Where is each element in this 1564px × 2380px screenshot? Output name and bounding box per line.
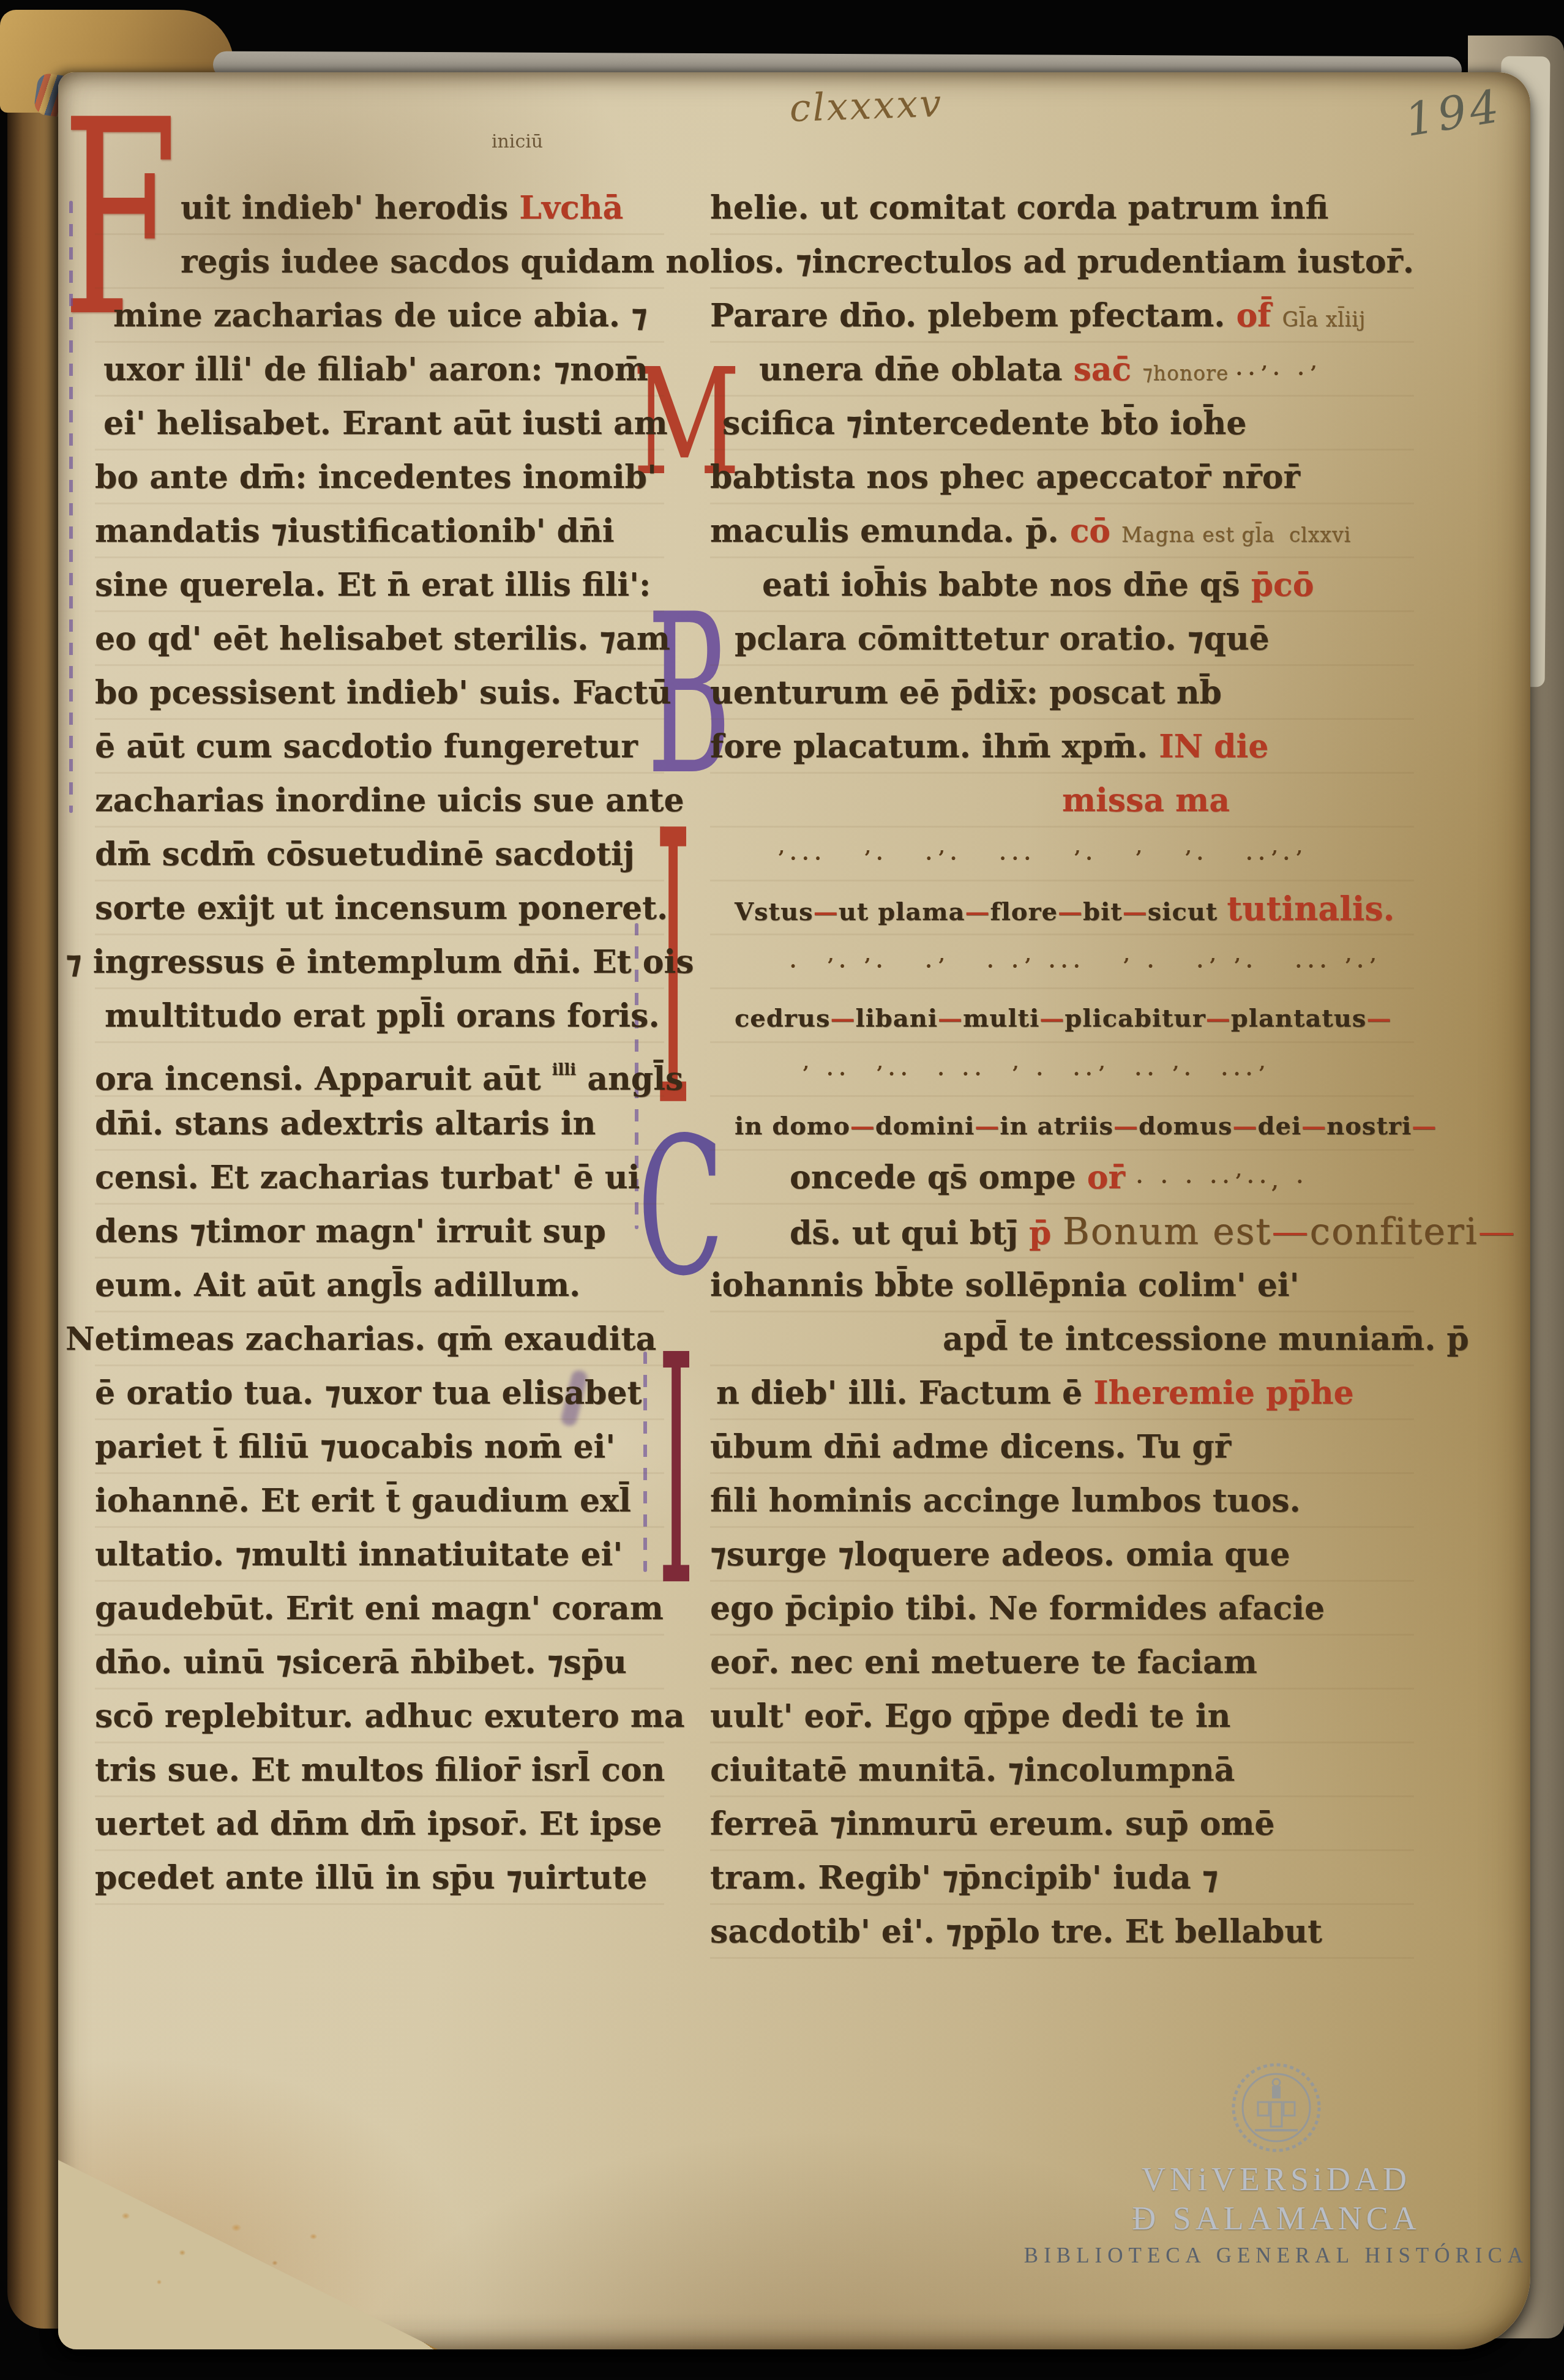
text-line: scō replebitur. adhuc exutero ma	[95, 1690, 664, 1743]
text-line: ei' helisabet. Erant aūt iusti am	[103, 397, 664, 451]
manuscript-photo: clxxxxv 194 iniciū F M B I C I uit indie…	[0, 0, 1564, 2380]
text-line: cedrus—libani—multi—plicabitur—plantatus…	[735, 989, 1414, 1043]
text-line: ē aūt cum sacdotio fungeretur	[95, 720, 664, 774]
text-line: mine zacharias de uice abia. ⁊	[113, 289, 664, 343]
text-line: uult' eor̄. Ego qp̄pe dedi te in	[710, 1690, 1414, 1743]
text-line: pariet t̄ filiū ⁊uocabis nom̄ ei'	[95, 1420, 664, 1474]
text-line: n dieb' illi. Factum ē Iheremie pp̄he	[716, 1366, 1414, 1420]
text-line: sine querela. Et n̄ erat illis fili':	[95, 558, 664, 612]
pen-flourish	[69, 201, 73, 813]
text-line: regis iudee sacdos quidam no	[181, 235, 664, 289]
text-line: Parare dn̄o. plebem pfectam. of̄ Gl̄a xl…	[710, 289, 1414, 343]
text-line: tram. Regib' ⁊p̄ncipib' iuda ⁊	[710, 1851, 1414, 1905]
text-line: in domo—domini—in atriis—domus—dei—nostr…	[735, 1097, 1414, 1151]
text-line: uertet ad dn̄m dm̄ ipsor̄. Et ipse	[95, 1797, 664, 1851]
text-line: ūbum dn̄i adme dicens. Tu gr̄	[710, 1420, 1414, 1474]
text-line: uenturum eē p̄dix̄: poscat nb̄	[710, 666, 1414, 720]
text-line: ultatio. ⁊multi innatiuitate ei'	[95, 1528, 664, 1582]
text-line: pclara cōmittetur oratio. ⁊quē	[735, 612, 1414, 666]
text-line: oncede qs̄ ompe or̄ · · · ··ʼ··, ·	[790, 1151, 1414, 1205]
text-line: sorte exijt ut incensum poneret.	[95, 881, 664, 935]
text-line: multitudo erat ppl̄i orans foris.	[105, 989, 664, 1043]
text-line: missa ma	[1062, 774, 1414, 828]
text-line: iohannis bb̄te sollēpnia colim' ei'	[710, 1259, 1414, 1312]
text-line: dm̄ scdm̄ cōsuetudinē sacdotij	[95, 828, 664, 881]
text-line: eor̄. nec eni metuere te faciam	[710, 1636, 1414, 1690]
text-line: iohannē. Et erit t̄ gaudium exl̄	[95, 1474, 664, 1528]
right-text-column: helie. ut comitat corda patrum infilios.…	[710, 181, 1414, 1959]
quire-mark: clxxxxv	[725, 78, 1008, 133]
text-line: scifica ⁊intercedente bt̄o ioh̄e	[722, 397, 1414, 451]
stamp-university-name: VNiVERSiDAD	[1013, 2160, 1540, 2198]
text-line: · ʼ· ʼ· ·ʼ · ·ʼ ··· ʼ · ·ʼ ʼ· ··· ʼ·ʼ	[790, 935, 1414, 989]
text-line: ego p̄cipio tibi. Ne formides afacie	[710, 1582, 1414, 1636]
stamp-university-name-2: Ð SALAMANCA	[1013, 2199, 1540, 2237]
text-line: ⁊ ingressus ē intemplum dn̄i. Et ois	[65, 935, 664, 989]
text-line: fili hominis accinge lumbos tuos.	[710, 1474, 1414, 1528]
fold-stain-speckles	[95, 2172, 352, 2319]
text-line: helie. ut comitat corda patrum infi	[710, 181, 1414, 235]
left-text-column: uit indieb' herodis Lvchāregis iudee sac…	[95, 181, 664, 1905]
stamp-library-name: BIBLIOTECA GENERAL HISTÓRICA	[1013, 2243, 1540, 2268]
university-seal-icon	[1230, 2062, 1322, 2154]
text-line: sacdotib' ei'. ⁊pp̄lo tre. Et bellabut	[710, 1905, 1414, 1959]
text-line: zacharias inordine uicis sue ante	[95, 774, 664, 828]
text-line: uxor illi' de filiab' aaron: ⁊nom̄	[103, 343, 664, 397]
text-line: ora incensi. Apparuit aūt illi angl̄s	[95, 1043, 664, 1097]
text-line: eati ioh̄is babte nos dn̄e qs̄ p̄cō	[762, 558, 1414, 612]
text-line: ē oratio tua. ⁊uxor tua elisabet	[95, 1366, 664, 1420]
text-line: ds̄. ut qui btj̄ p̄ Bonum est—confiteri—	[790, 1205, 1414, 1259]
text-line: dn̄i. stans adextris altaris in	[95, 1097, 664, 1151]
text-line: gaudebūt. Erit eni magn' coram	[95, 1582, 664, 1636]
text-line: Vstus—ut plama—flore—bit—sicut tutinalis…	[735, 881, 1414, 935]
text-line: lios. ⁊increctulos ad prudentiam iustor̄…	[710, 235, 1414, 289]
text-line: babtista nos phec apeccator̄ nr̄or̄	[710, 451, 1414, 504]
text-line: apd̄ te intcessione muniam̄. p̄	[943, 1312, 1414, 1366]
text-line: mandatis ⁊iustificationib' dn̄i	[95, 504, 664, 558]
folio-number: 194	[1371, 75, 1536, 152]
text-line: ʼ ·· ʼ·· · ·· ʼ · ··ʼ ·· ʼ· ···ʼ	[802, 1043, 1414, 1097]
text-line: bo pcessisent indieb' suis. Factū	[95, 666, 664, 720]
text-line: bo ante dm̄: incedentes inomib'	[95, 451, 664, 504]
text-line: tris sue. Et multos filior̄ isrl̄ con	[95, 1743, 664, 1797]
text-line: fore placatum. ihm̄ xpm̄. IN die	[710, 720, 1414, 774]
text-line: unera dn̄e oblata sac̄ ⁊honore ··ʼ· ·ʼ	[759, 343, 1414, 397]
text-line: maculis emunda. p̄. cō Magna est gl̄a cl…	[710, 504, 1414, 558]
text-line: censi. Et zacharias turbat' ē ui	[95, 1151, 664, 1205]
text-line: eo qd' eēt helisabet sterilis. ⁊am	[95, 612, 664, 666]
text-line: Netimeas zacharias. qm̄ exaudita	[65, 1312, 664, 1366]
library-stamp: VNiVERSiDAD Ð SALAMANCA BIBLIOTECA GENER…	[1013, 2062, 1540, 2268]
text-line: uit indieb' herodis Lvchā	[181, 181, 664, 235]
marginal-note-top: iniciū	[425, 131, 609, 152]
text-line: ʼ··· ʼ· ·ʼ· ··· ʼ· ʼ ʼ· ··ʼ·ʼ	[777, 828, 1414, 881]
text-line: ferreā ⁊inmurū ereum. sup̄ omē	[710, 1797, 1414, 1851]
text-line: eum. Ait aūt angl̄s adillum.	[95, 1259, 664, 1312]
text-line: ciuitatē munitā. ⁊incolumpnā	[710, 1743, 1414, 1797]
text-line: pcedet ante illū in sp̄u ⁊uirtute	[95, 1851, 664, 1905]
text-line: dens ⁊timor magn' irruit sup	[95, 1205, 664, 1259]
parchment-page: clxxxxv 194 iniciū F M B I C I uit indie…	[58, 72, 1530, 2349]
text-line: dn̄o. uinū ⁊sicerā n̄bibet. ⁊sp̄u	[95, 1636, 664, 1690]
text-line: ⁊surge ⁊loquere adeos. omia que	[710, 1528, 1414, 1582]
